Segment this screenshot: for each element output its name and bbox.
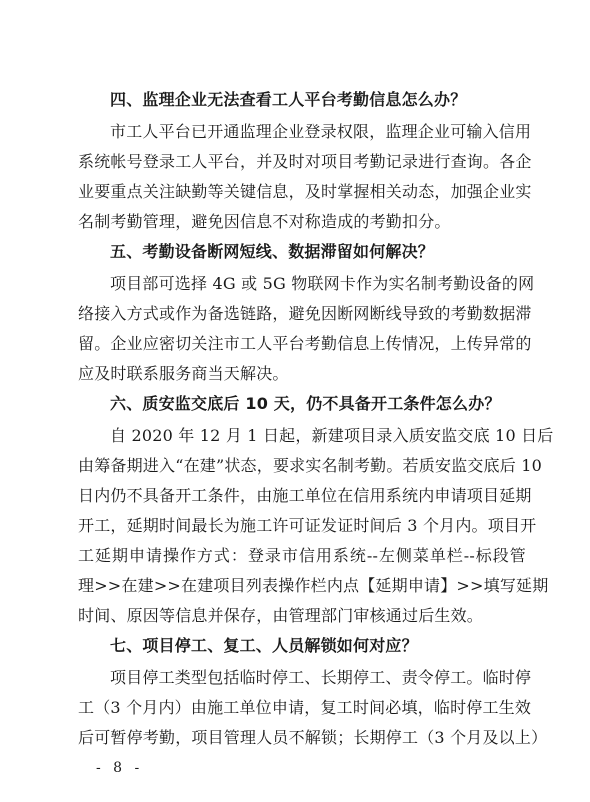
- paragraph-line: 系统帐号登录工人平台，并及时对项目考勤记录进行查询。各企: [78, 151, 526, 173]
- section-heading-6: 六、质安监交底后 10 天，仍不具备开工条件怎么办？: [110, 393, 526, 415]
- section-heading-5: 五、考勤设备断网短线、数据滞留如何解决？: [110, 241, 526, 263]
- section-heading-4: 四、监理企业无法查看工人平台考勤信息怎么办？: [110, 89, 526, 111]
- page-number: - 8 -: [96, 758, 143, 778]
- paragraph-line: 留。企业应密切关注市工人平台考勤信息上传情况，上传异常的: [78, 333, 526, 355]
- paragraph-line: 工（3 个月内）由施工单位申请，复工时间必填，临时停工生效: [78, 697, 526, 719]
- paragraph-line: 开工，延期时间最长为施工许可证发证时间后 3 个月内。项目开: [78, 515, 526, 537]
- paragraph-line: 业要重点关注缺勤等关键信息，及时掌握相关动态，加强企业实: [78, 181, 526, 203]
- paragraph-line: 日内仍不具备开工条件，由施工单位在信用系统内申请项目延期: [78, 485, 526, 507]
- paragraph-line: 由筹备期进入“在建”状态，要求实名制考勤。若质安监交底后 10: [78, 455, 526, 477]
- scan-speck: [527, 577, 529, 579]
- paragraph-line: 市工人平台已开通监理企业登录权限，监理企业可输入信用: [110, 121, 526, 143]
- paragraph-line: 项目部可选择 4G 或 5G 物联网卡作为实名制考勤设备的网: [110, 273, 526, 295]
- paragraph-line: 自 2020 年 12 月 1 日起，新建项目录入质安监交底 10 日后: [110, 425, 526, 447]
- paragraph-line: 项目停工类型包括临时停工、长期停工、责令停工。临时停: [110, 667, 526, 689]
- paragraph-line: 时间、原因等信息并保存，由管理部门审核通过后生效。: [78, 605, 526, 627]
- paragraph-line: 后可暂停考勤，项目管理人员不解锁；长期停工（3 个月及以上）: [78, 727, 526, 749]
- paragraph-line: 理>>在建>>在建项目列表操作栏内点【延期申请】>>填写延期: [78, 575, 526, 597]
- paragraph-line: 名制考勤管理，避免因信息不对称造成的考勤扣分。: [78, 211, 526, 233]
- paragraph-line: 络接入方式或作为备选链路，避免因断网断线导致的考勤数据滞: [78, 303, 526, 325]
- paragraph-line: 工延期申请操作方式：登录市信用系统--左侧菜单栏--标段管: [78, 545, 526, 567]
- paragraph-line: 应及时联系服务商当天解决。: [78, 363, 526, 385]
- document-page: 四、监理企业无法查看工人平台考勤信息怎么办？ 市工人平台已开通监理企业登录权限，…: [0, 0, 590, 802]
- section-heading-7: 七、项目停工、复工、人员解锁如何对应？: [110, 635, 526, 657]
